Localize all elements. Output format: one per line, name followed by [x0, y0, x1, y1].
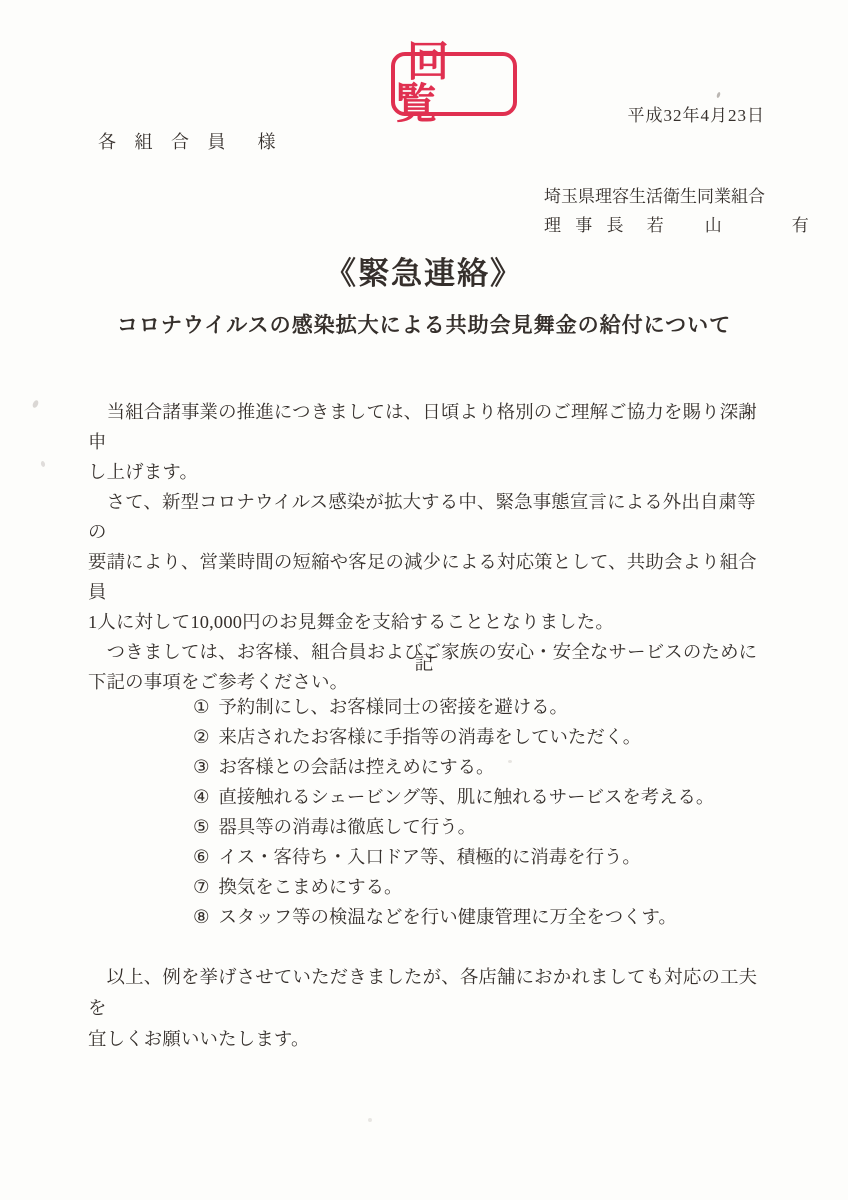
item-text: お客様との会話は控えめにする。	[219, 757, 495, 777]
scan-artifact	[508, 760, 512, 763]
kairan-circulation-stamp: 回覧	[391, 52, 517, 116]
item-number: ②	[193, 727, 210, 747]
notice-subject: コロナウイルスの感染拡大による共助会見舞金の給付について	[0, 309, 848, 339]
list-item: ②来店されたお客様に手指等の消毒をしていただく。	[193, 722, 714, 752]
item-number: ④	[193, 787, 210, 807]
closing-paragraph: 以上、例を挙げさせていただきましたが、各店舗におかれましても対応の工夫を 宜しく…	[88, 962, 772, 1055]
list-item: ⑤器具等の消毒は徹底して行う。	[193, 812, 714, 842]
item-number: ⑦	[193, 877, 210, 897]
sender-title: 理 事 長	[544, 216, 629, 235]
notation-marker: 記	[0, 648, 848, 675]
list-item: ④直接触れるシェービング等、肌に触れるサービスを考える。	[193, 782, 714, 812]
sender-name: 若 山 有	[647, 216, 821, 235]
item-number: ⑥	[193, 847, 210, 867]
item-text: スタッフ等の検温などを行い健康管理に万全をつくす。	[219, 907, 677, 927]
paragraph-payment: さて、新型コロナウイルス感染が拡大する中、緊急事態宣言による外出自粛等の 要請に…	[88, 487, 772, 637]
precaution-list: ①予約制にし、お客様同士の密接を避ける。 ②来店されたお客様に手指等の消毒をして…	[193, 692, 714, 932]
scanned-notice-page: 回覧 平成32年4月23日 各 組 合 員 様 埼玉県理容生活衛生同業組合 理 …	[0, 0, 848, 1200]
list-item: ①予約制にし、お客様同士の密接を避ける。	[193, 692, 714, 722]
item-text: 予約制にし、お客様同士の密接を避ける。	[219, 697, 568, 717]
item-number: ⑤	[193, 817, 210, 837]
item-number: ①	[193, 697, 210, 717]
sender-representative: 理 事 長 若 山 有	[544, 211, 821, 240]
scan-artifact	[32, 399, 40, 408]
item-text: 来店されたお客様に手指等の消毒をしていただく。	[219, 727, 642, 747]
item-number: ⑧	[193, 907, 210, 927]
item-text: 器具等の消毒は徹底して行う。	[219, 817, 476, 837]
scan-artifact	[40, 461, 45, 468]
item-text: イス・客待ち・入口ドア等、積極的に消毒を行う。	[219, 847, 641, 867]
paragraph-greeting: 当組合諸事業の推進につきましては、日頃より格別のご理解ご協力を賜り深謝申 し上げ…	[88, 397, 772, 487]
list-item: ⑥イス・客待ち・入口ドア等、積極的に消毒を行う。	[193, 842, 714, 872]
item-text: 直接触れるシェービング等、肌に触れるサービスを考える。	[219, 787, 715, 807]
list-item: ⑦換気をこまめにする。	[193, 872, 714, 902]
list-item: ③お客様との会話は控えめにする。	[193, 752, 714, 782]
item-number: ③	[193, 757, 210, 777]
list-item: ⑧スタッフ等の検温などを行い健康管理に万全をつくす。	[193, 902, 714, 932]
document-date: 平成32年4月23日	[628, 101, 766, 126]
stamp-text: 回覧	[395, 42, 513, 126]
notice-title: 《緊急連絡》	[0, 248, 848, 293]
scan-artifact	[368, 1118, 372, 1122]
sender-block: 埼玉県理容生活衛生同業組合 理 事 長 若 山 有	[544, 182, 821, 240]
item-text: 換気をこまめにする。	[219, 877, 403, 897]
recipient-line: 各 組 合 員 様	[98, 128, 283, 154]
scan-artifact	[716, 92, 721, 99]
sender-organization: 埼玉県理容生活衛生同業組合	[544, 182, 821, 211]
